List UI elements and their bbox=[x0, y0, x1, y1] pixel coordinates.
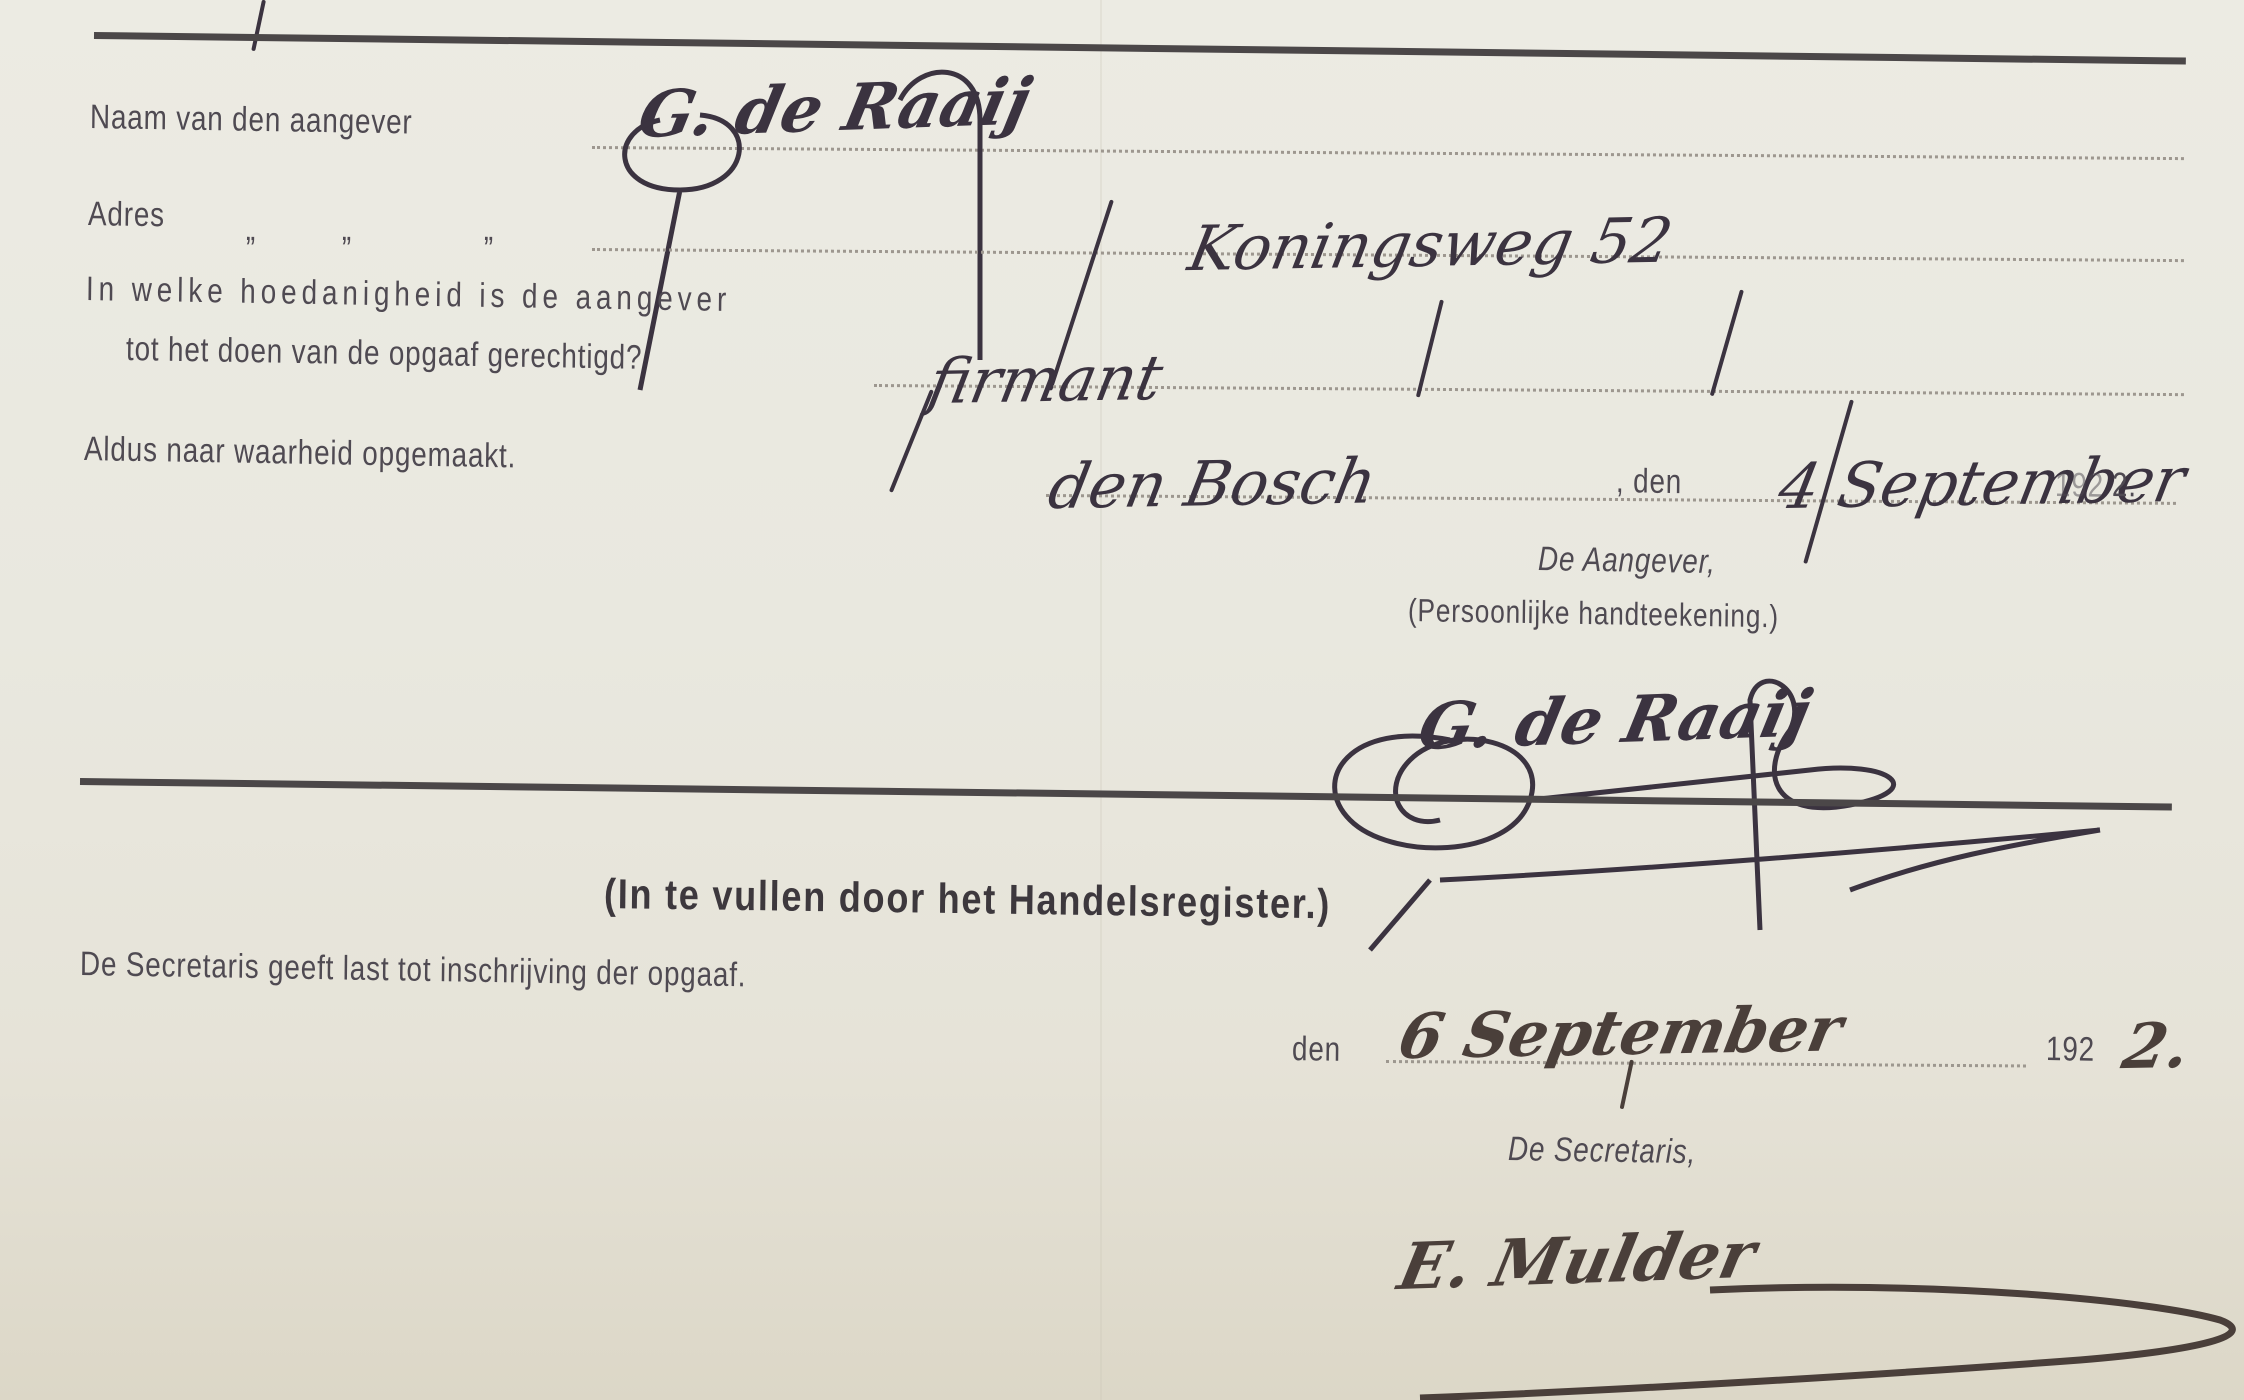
aangever-signature[interactable]: G. de Raaij bbox=[1412, 676, 1818, 765]
aangever-subtitle: (Persoonlijke handteekening.) bbox=[1408, 592, 1779, 635]
year-suffix[interactable]: 2. bbox=[2112, 466, 2137, 505]
adres-label: Adres bbox=[88, 195, 165, 235]
adres-value[interactable]: Koningsweg 52 bbox=[1183, 203, 1678, 285]
secretaris-instruction: De Secretaris geeft last tot inschrijvin… bbox=[80, 945, 747, 995]
hoedanigheid-label-line2: tot het doen van de opgaaf gerechtigd? bbox=[126, 330, 643, 378]
document-page: Naam van den aangever G. de Raaij Adres … bbox=[0, 0, 2244, 1400]
pen-stroke bbox=[1710, 289, 1744, 396]
aangever-title: De Aangever, bbox=[1538, 540, 1716, 582]
handelsregister-heading: (In te vullen door het Handelsregister.) bbox=[604, 870, 1332, 928]
adres-ditto-1: „ bbox=[246, 210, 257, 249]
den-label: , den bbox=[1616, 462, 1683, 502]
adres-ditto-2: „ bbox=[342, 210, 353, 249]
adres-ditto-3: „ bbox=[484, 210, 495, 249]
lower-date-value[interactable]: 6 September bbox=[1393, 992, 1849, 1073]
naam-label: Naam van den aangever bbox=[90, 98, 413, 142]
lower-den-label: den bbox=[1292, 1030, 1341, 1070]
lower-year-prefix: 192 bbox=[2046, 1030, 2095, 1070]
year-prefix: 192 bbox=[2055, 466, 2104, 506]
pen-stroke bbox=[1416, 300, 1444, 398]
aldus-label: Aldus naar waarheid opgemaakt. bbox=[84, 430, 517, 476]
secretaris-title: De Secretaris, bbox=[1508, 1130, 1697, 1172]
place-value[interactable]: den Bosch bbox=[1043, 444, 1383, 523]
secretaris-signature-flourish bbox=[1380, 1250, 2240, 1400]
hoedanigheid-value[interactable]: firmant bbox=[923, 341, 1169, 418]
lower-year-suffix[interactable]: 2. bbox=[2117, 1009, 2196, 1083]
aangever-signature-flourish bbox=[1290, 630, 2110, 950]
pen-stroke bbox=[251, 0, 266, 51]
